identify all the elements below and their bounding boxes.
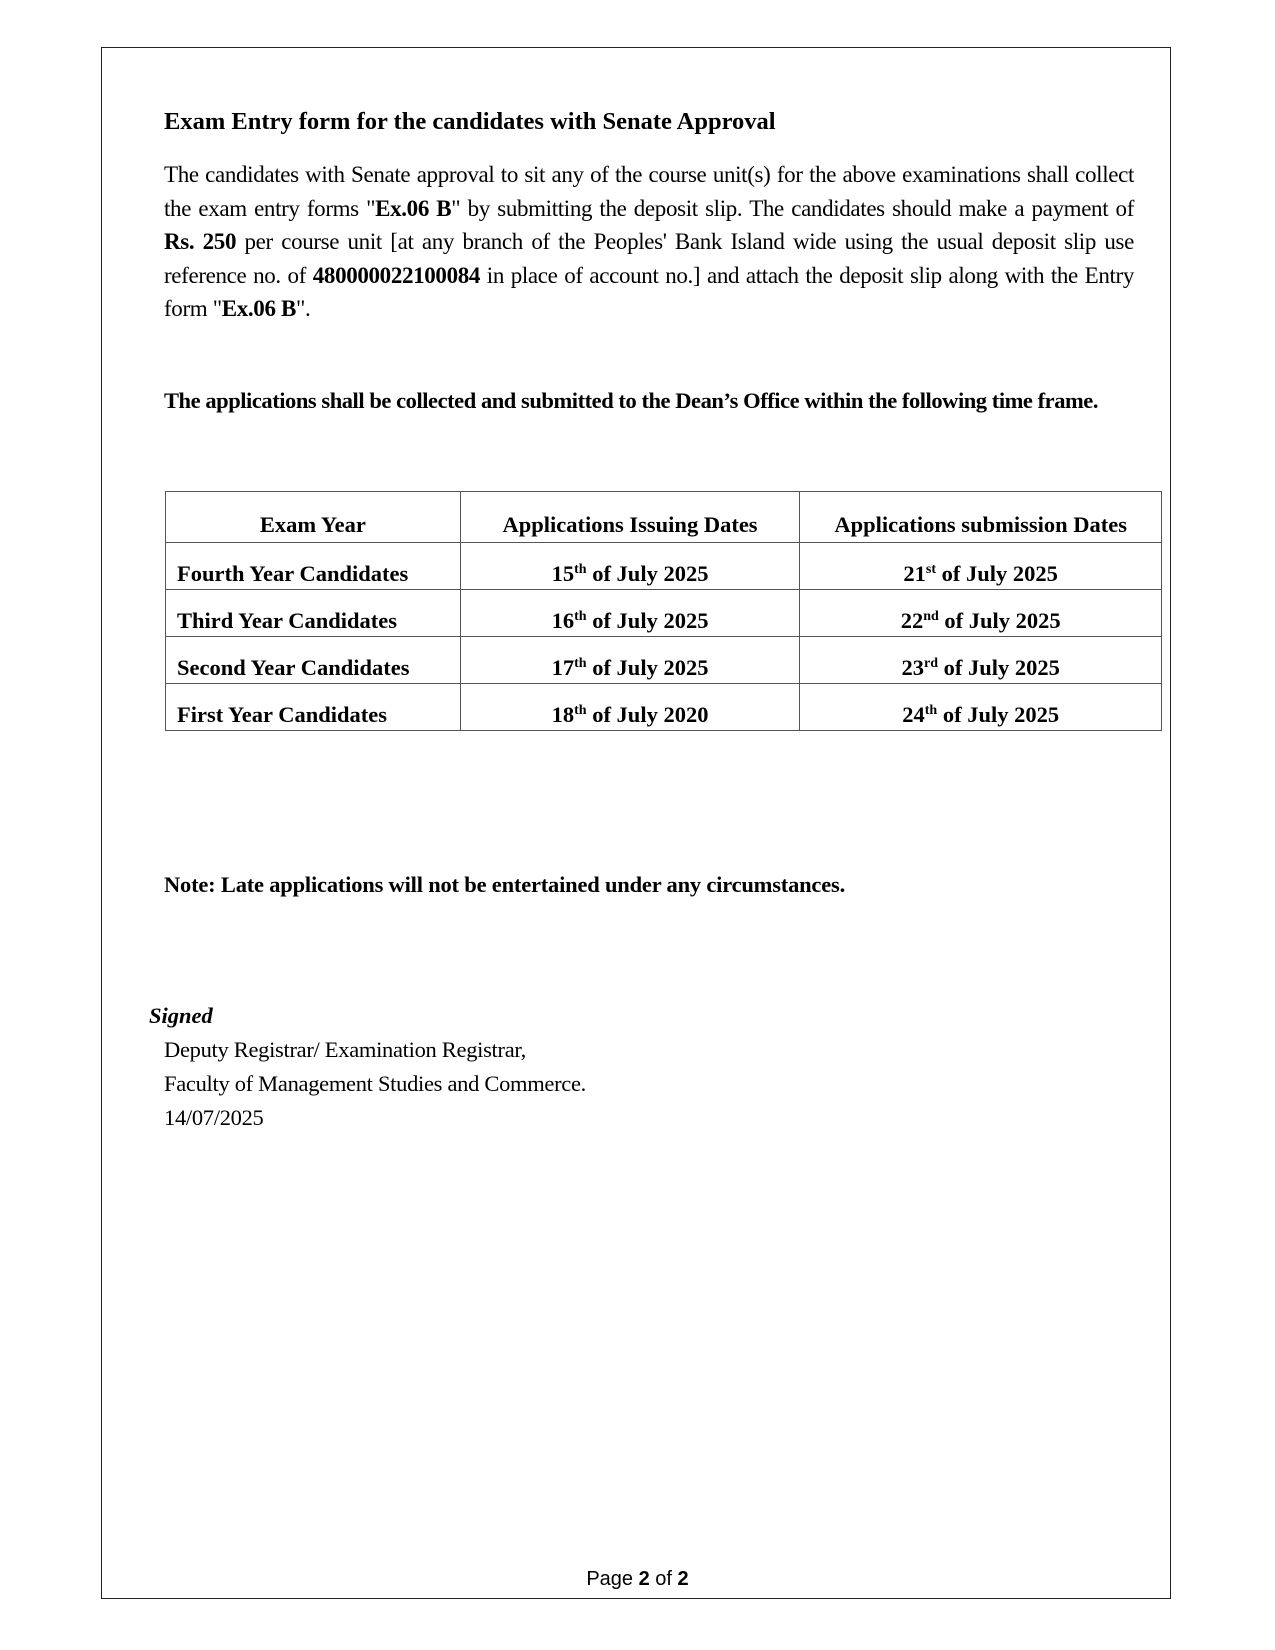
signed-label: Signed xyxy=(149,1003,213,1029)
form-code: Ex.06 B xyxy=(222,296,296,321)
table-header-row: Exam Year Applications Issuing Dates App… xyxy=(166,492,1162,543)
schedule-table: Exam Year Applications Issuing Dates App… xyxy=(165,491,1162,731)
submission-instruction: The applications shall be collected and … xyxy=(164,387,1164,415)
signatory-position: Deputy Registrar/ Examination Registrar, xyxy=(164,1037,526,1063)
exam-year-cell: First Year Candidates xyxy=(166,684,461,731)
page-number: Page 2 of 2 xyxy=(0,1568,1275,1591)
header-issuing-dates: Applications Issuing Dates xyxy=(460,492,800,543)
para-text: " by submitting the deposit slip. The ca… xyxy=(451,196,1134,221)
header-exam-year: Exam Year xyxy=(166,492,461,543)
reference-number: 480000022100084 xyxy=(313,263,480,288)
header-submission-dates: Applications submission Dates xyxy=(800,492,1162,543)
para-text: ". xyxy=(296,296,310,321)
issue-date-cell: 16th of July 2025 xyxy=(460,590,800,637)
submission-date-cell: 21st of July 2025 xyxy=(800,543,1162,590)
section-title: Exam Entry form for the candidates with … xyxy=(164,108,776,136)
exam-year-cell: Third Year Candidates xyxy=(166,590,461,637)
signature-date: 14/07/2025 xyxy=(164,1105,264,1131)
table-row: Fourth Year Candidates 15th of July 2025… xyxy=(166,543,1162,590)
issue-date-cell: 15th of July 2025 xyxy=(460,543,800,590)
issue-date-cell: 17th of July 2025 xyxy=(460,637,800,684)
submission-date-cell: 23rd of July 2025 xyxy=(800,637,1162,684)
table-row: Third Year Candidates 16th of July 2025 … xyxy=(166,590,1162,637)
issue-date-cell: 18th of July 2020 xyxy=(460,684,800,731)
exam-year-cell: Fourth Year Candidates xyxy=(166,543,461,590)
form-code: Ex.06 B xyxy=(375,196,451,221)
table-row: Second Year Candidates 17th of July 2025… xyxy=(166,637,1162,684)
fee-amount: Rs. 250 xyxy=(164,229,236,254)
table-row: First Year Candidates 18th of July 2020 … xyxy=(166,684,1162,731)
submission-date-cell: 22nd of July 2025 xyxy=(800,590,1162,637)
exam-year-cell: Second Year Candidates xyxy=(166,637,461,684)
instructions-paragraph: The candidates with Senate approval to s… xyxy=(164,158,1134,326)
late-application-note: Note: Late applications will not be ente… xyxy=(164,872,845,898)
submission-date-cell: 24th of July 2025 xyxy=(800,684,1162,731)
signatory-faculty: Faculty of Management Studies and Commer… xyxy=(164,1071,586,1097)
